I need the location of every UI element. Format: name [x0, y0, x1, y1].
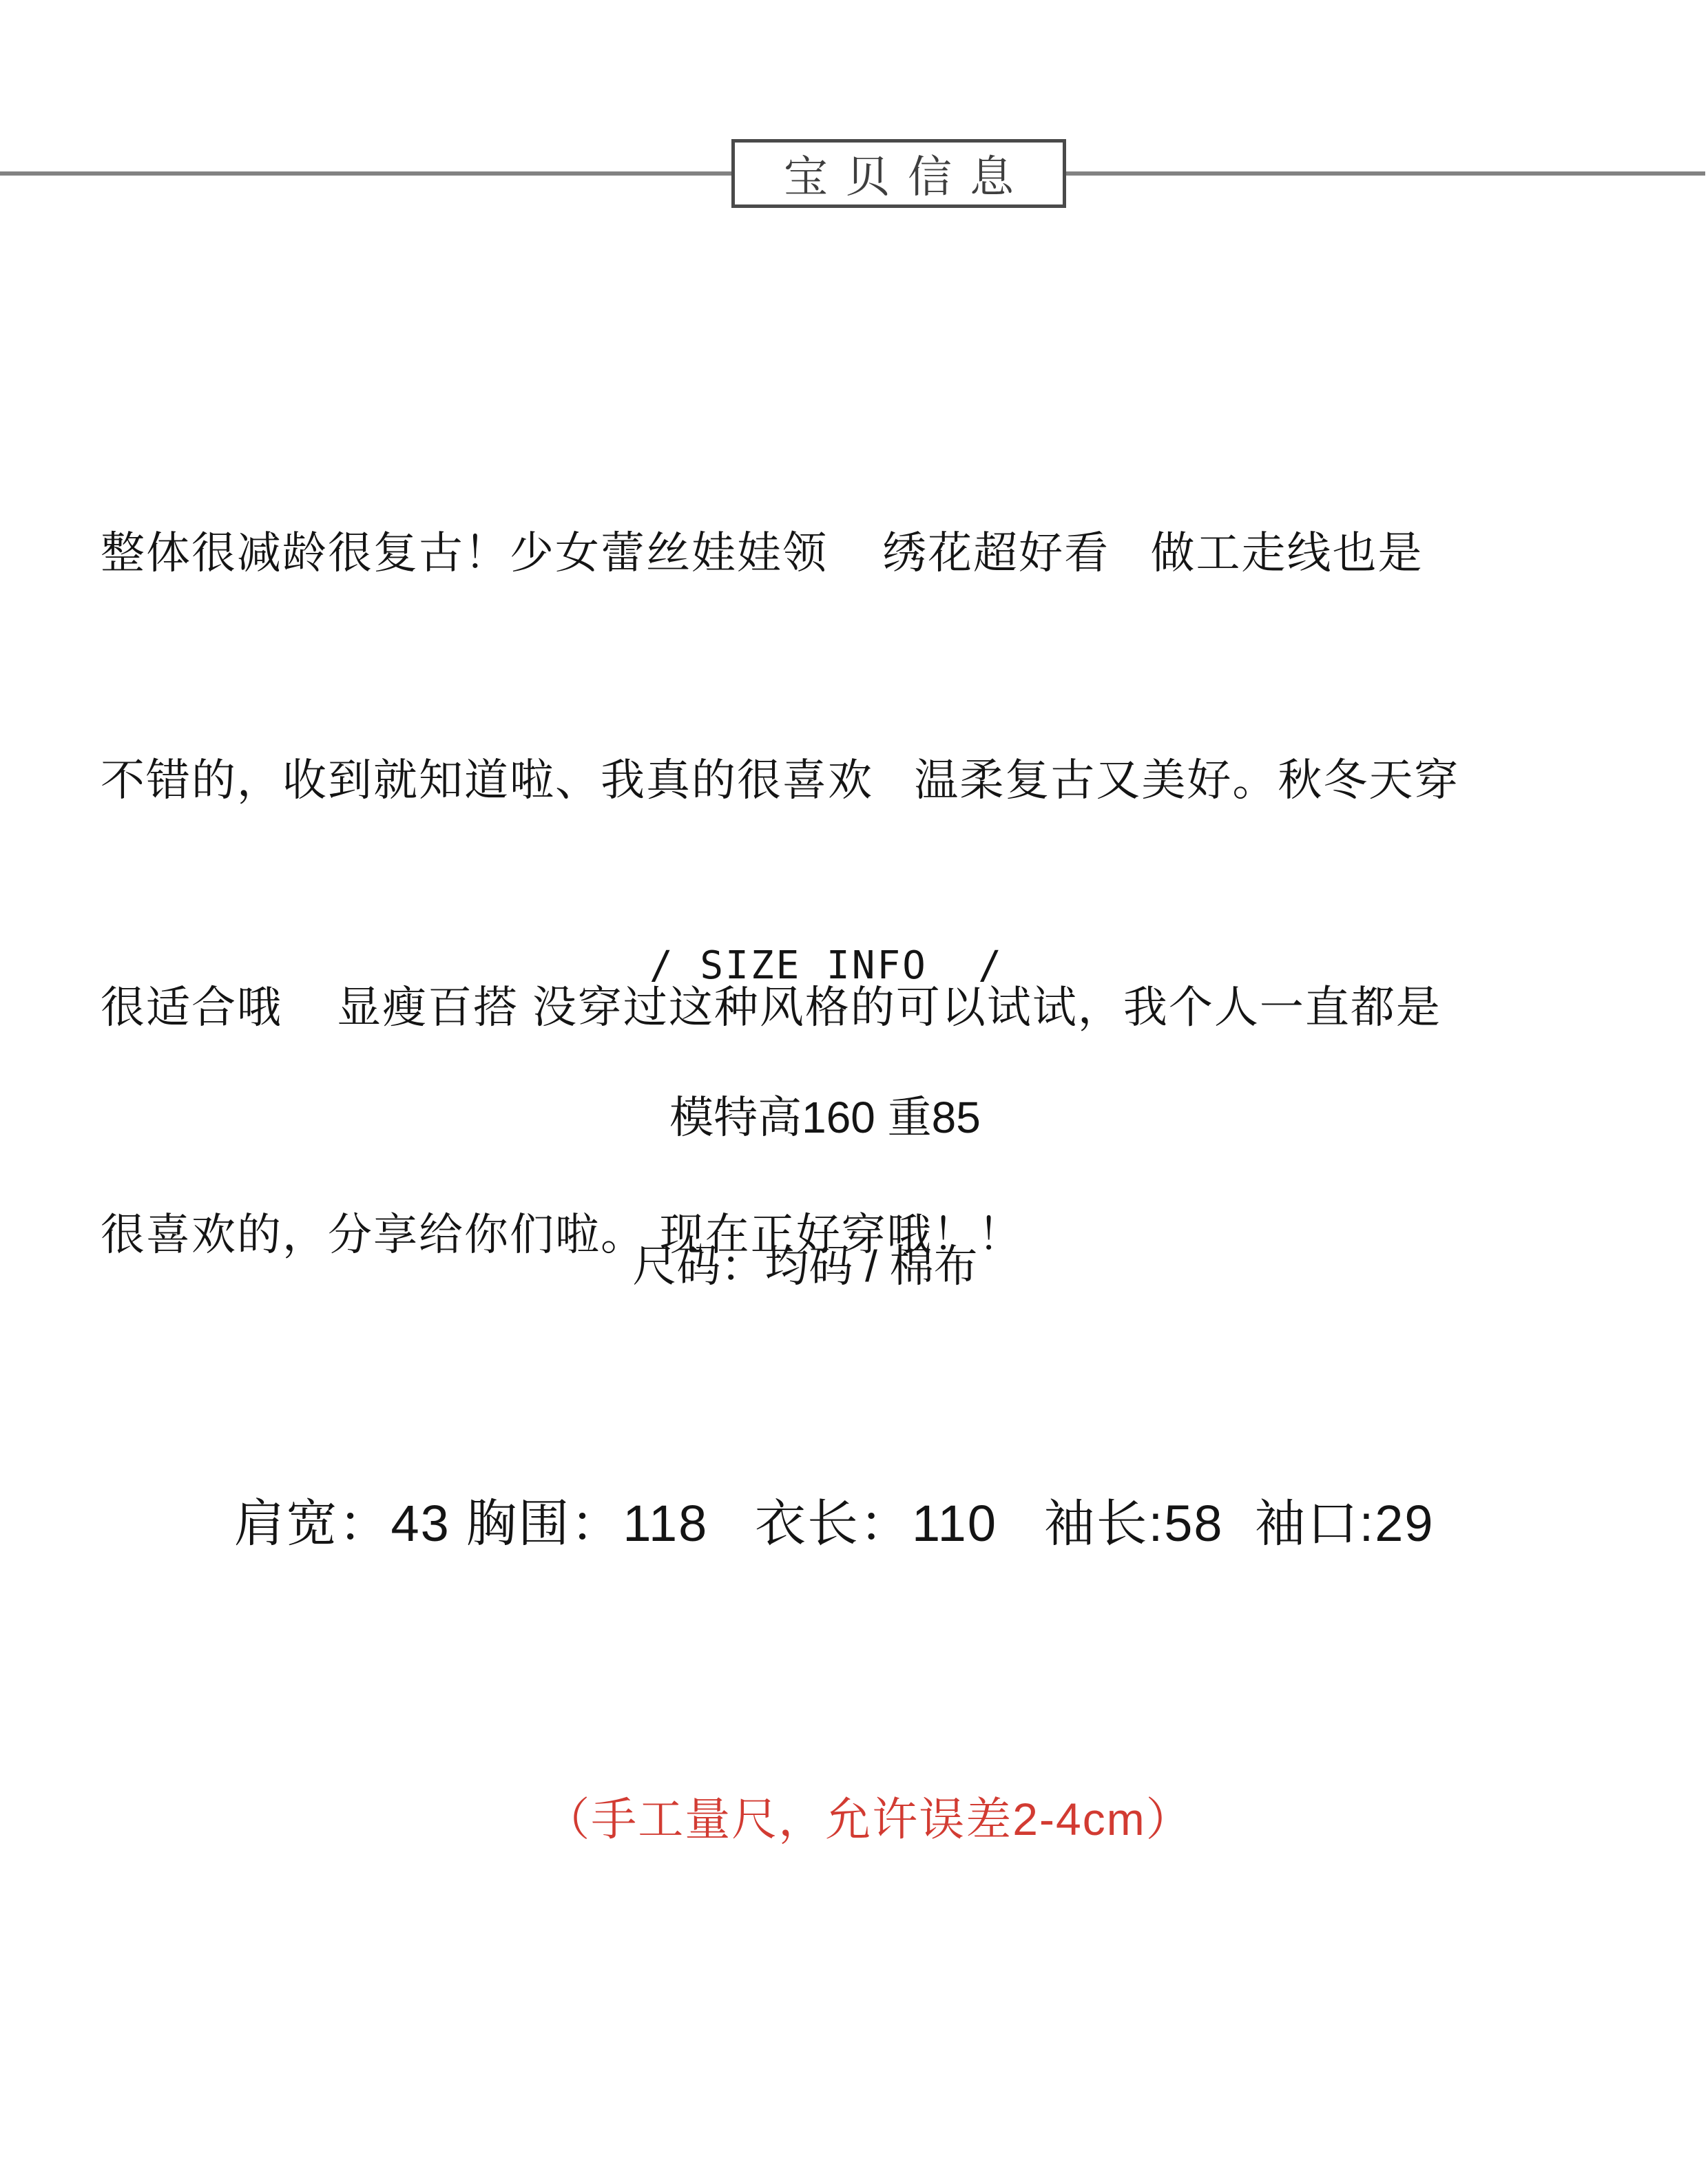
product-info-page: 宝贝信息 整体很减龄很复古！少女蕾丝娃娃领 绣花超好看 做工走线也是 不错的，收…	[0, 0, 1708, 2184]
measurements-line: 肩宽：43 胸围：118 衣长：110 袖长:58 袖口:29	[233, 1495, 1434, 1551]
tolerance-note: （手工量尺，允许误差2-4cm）	[544, 1794, 1192, 1845]
page-title: 宝贝信息	[784, 142, 1032, 205]
size-info-heading: / SIZE INFO /	[649, 945, 1003, 987]
description-line: 不错的，收到就知道啦、我真的很喜欢 温柔复古又美好。秋冬天穿	[101, 742, 1459, 818]
description-line: 整体很减龄很复古！少女蕾丝娃娃领 绣花超好看 做工走线也是	[101, 515, 1459, 591]
size-fabric-line: 尺码：均码 / 棉布	[632, 1242, 977, 1290]
header-title-box: 宝贝信息	[731, 139, 1066, 208]
model-stats-line: 模特高160 重85	[669, 1093, 981, 1142]
